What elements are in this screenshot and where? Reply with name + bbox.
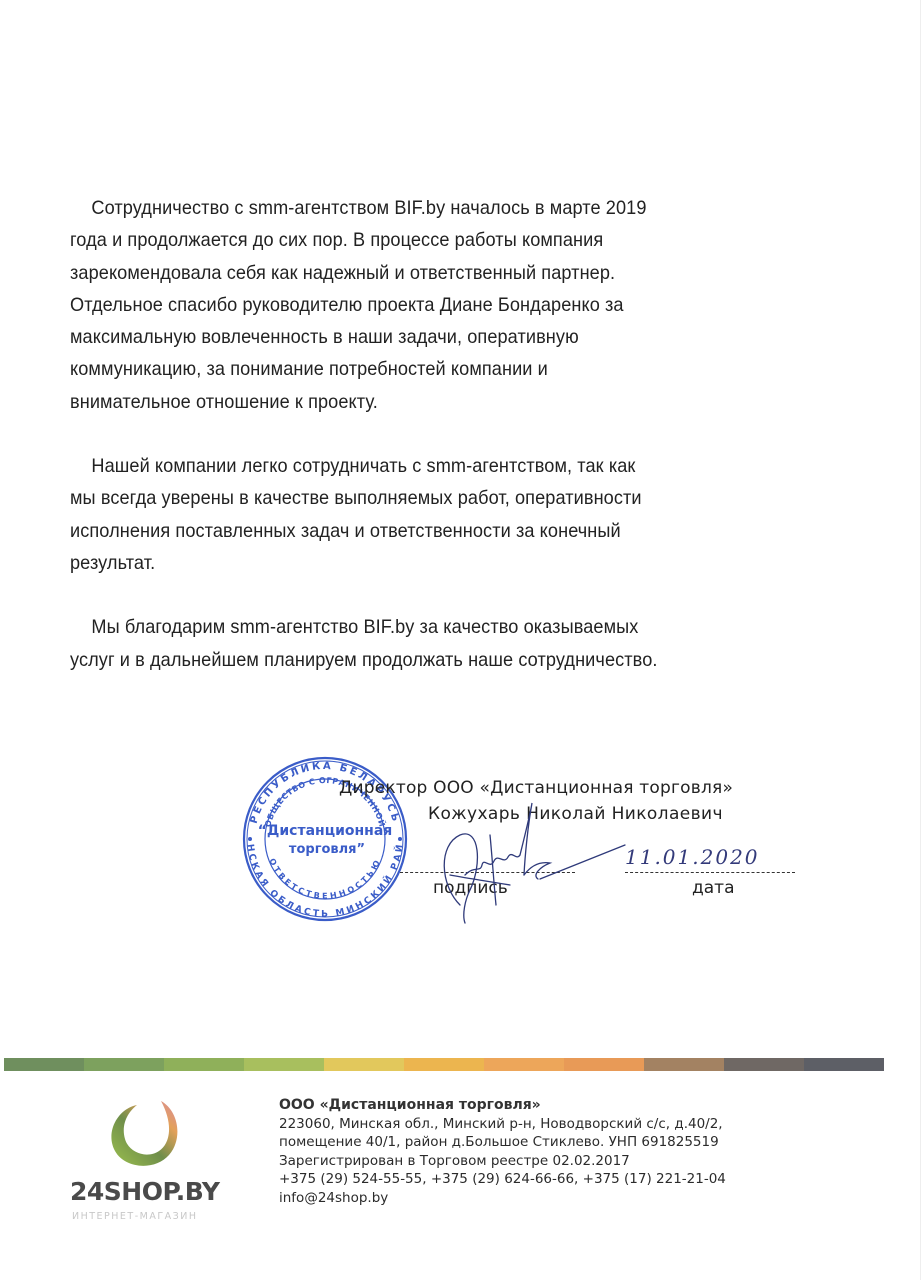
text-line: внимательное отношение к проекту. (70, 386, 777, 418)
color-segment (644, 1058, 724, 1071)
paragraph-1: Сотрудничество с smm-агентством BIF.by н… (70, 192, 777, 418)
text-line: мы всегда уверены в качестве выполняемых… (70, 482, 777, 514)
color-segment (564, 1058, 644, 1071)
handwritten-signature (420, 795, 630, 925)
handwritten-date: 11.01.2020 (625, 845, 760, 869)
color-segment (164, 1058, 244, 1071)
text-line: услуг и в дальнейшем планируем продолжат… (70, 644, 777, 676)
company-logo: 24SHOP.BY ИНТЕРНЕТ-МАГАЗИН (70, 1095, 230, 1225)
text-line: максимальную вовлеченность в наши задачи… (70, 321, 777, 353)
phone-numbers: +375 (29) 524-55-55, +375 (29) 624-66-66… (279, 1170, 726, 1189)
swirl-logo-icon (107, 1095, 183, 1171)
text-line: Сотрудничество с smm-агентством BIF.by н… (70, 192, 777, 224)
address-line: 223060, Минская обл., Минский р-н, Новод… (279, 1115, 726, 1134)
color-segment (244, 1058, 324, 1071)
email: info@24shop.by (279, 1189, 726, 1208)
color-segment (84, 1058, 164, 1071)
logo-tagline: ИНТЕРНЕТ-МАГАЗИН (72, 1211, 198, 1222)
color-segment (4, 1058, 84, 1071)
color-segment (324, 1058, 404, 1071)
company-requisites: ООО «Дистанционная торговля» 223060, Мин… (279, 1096, 726, 1208)
letter-body: Сотрудничество с smm-агентством BIF.by н… (70, 192, 777, 708)
color-segment (484, 1058, 564, 1071)
company-name: ООО «Дистанционная торговля» (279, 1096, 726, 1115)
text-line: Отдельное спасибо руководителю проекта Д… (70, 289, 777, 321)
text-line: Мы благодарим smm-агентство BIF.by за ка… (70, 611, 777, 643)
svg-text:торговля”: торговля” (289, 842, 365, 857)
registration-info: Зарегистрирован в Торговом реестре 02.02… (279, 1152, 726, 1171)
svg-text:ОТВЕТСТВЕННОСТЬЮ: ОТВЕТСТВЕННОСТЬЮ (267, 857, 383, 901)
color-segment (404, 1058, 484, 1071)
text-line: Нашей компании легко сотрудничать с smm-… (70, 450, 777, 482)
brand-color-bar (4, 1058, 884, 1071)
date-label: дата (692, 878, 735, 898)
text-line: зарекомендовала себя как надежный и отве… (70, 257, 777, 289)
date-line (625, 872, 795, 873)
svg-text:“Дистанционная: “Дистанционная (258, 823, 393, 839)
page-edge (920, 0, 921, 1280)
text-line: исполнения поставленных задач и ответств… (70, 515, 777, 547)
paragraph-3: Мы благодарим smm-агентство BIF.by за ка… (70, 611, 777, 676)
text-line: результат. (70, 547, 777, 579)
address-line: помещение 40/1, район д.Большое Стиклево… (279, 1133, 726, 1152)
paragraph-2: Нашей компании легко сотрудничать с smm-… (70, 450, 777, 579)
color-segment (804, 1058, 884, 1071)
color-segment (724, 1058, 804, 1071)
text-line: года и продолжается до сих пор. В процес… (70, 224, 777, 256)
logo-brand-name: 24SHOP.BY (70, 1177, 220, 1206)
text-line: коммуникацию, за понимание потребностей … (70, 353, 777, 385)
